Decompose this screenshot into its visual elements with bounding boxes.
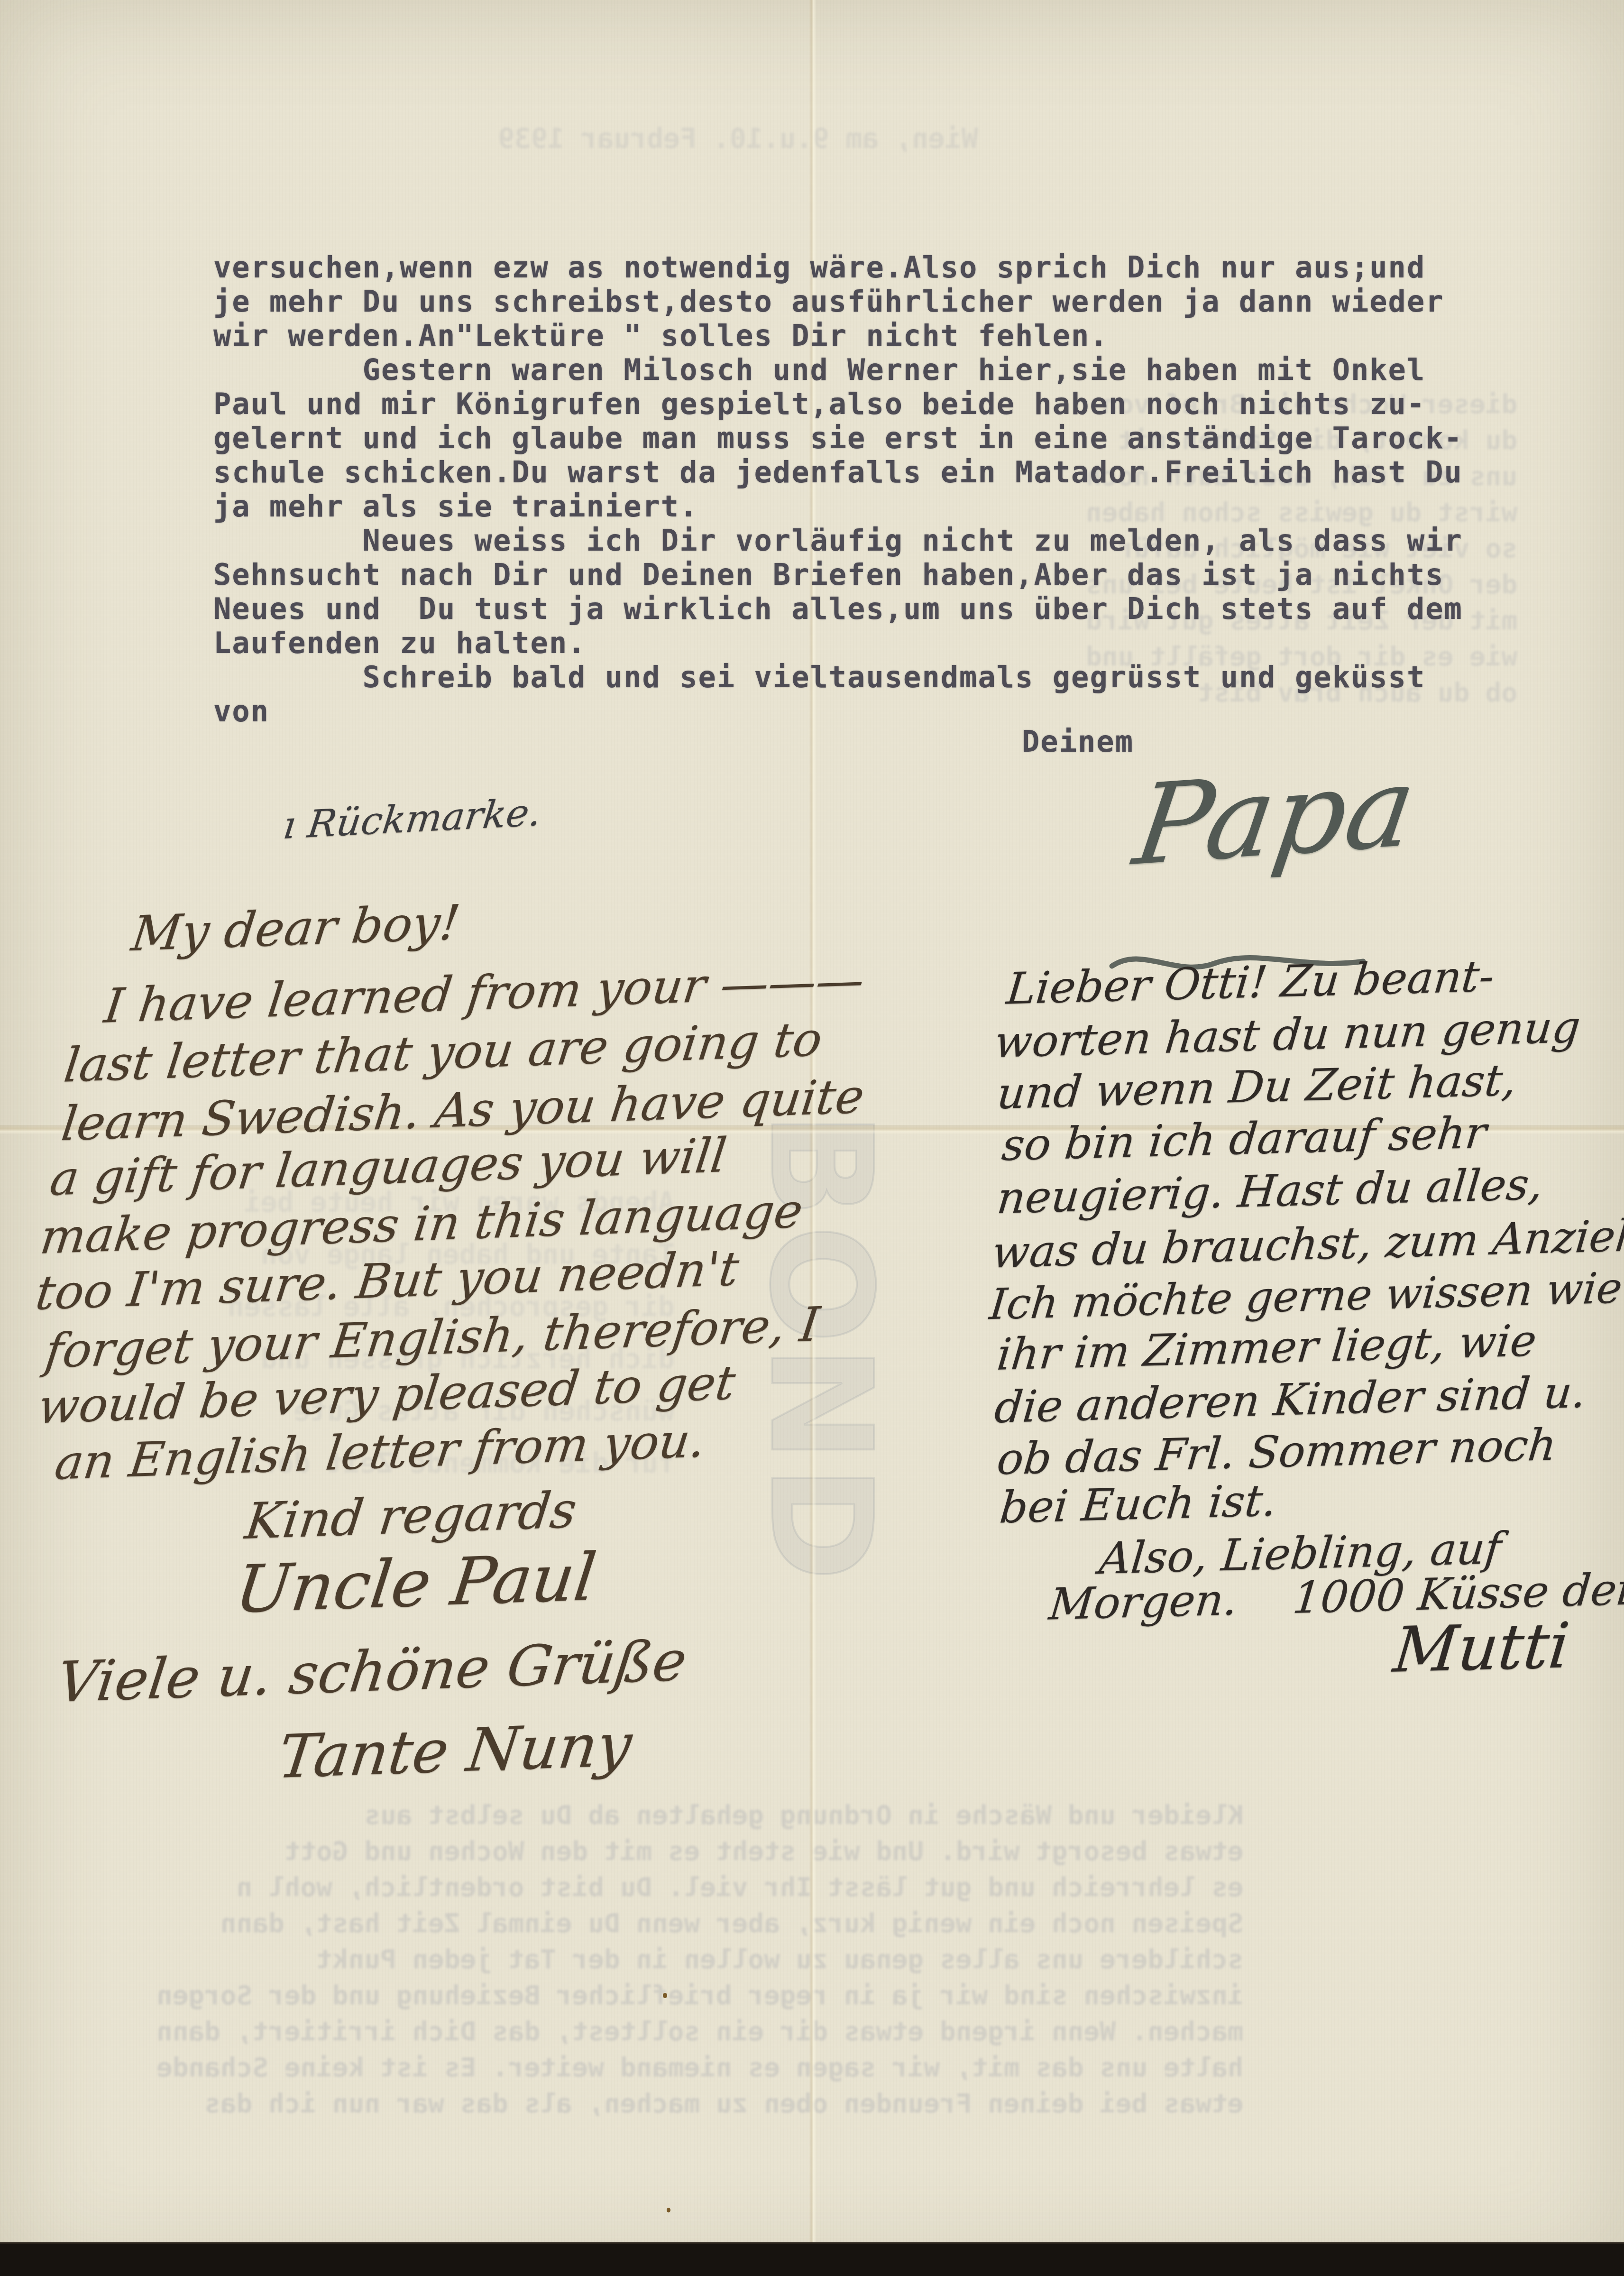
watermark-letter: N: [761, 1345, 880, 1463]
typed-closing-deinem: Deinem: [1022, 725, 1134, 759]
scanner-background-strip: [0, 2242, 1624, 2276]
handwritten-line: My dear boy!: [128, 894, 463, 962]
bleedthrough-date-line: Wien, am 9.u.10. Februar 1939: [498, 121, 978, 156]
papa-signature: Papa: [1127, 742, 1423, 891]
uncle-paul-signature: Uncle Paul: [231, 1539, 600, 1628]
tante-nuny-signature: Tante Nuny: [275, 1710, 635, 1792]
handwritten-line: bei Euch ist.: [998, 1475, 1279, 1533]
handwritten-line: Viele u. schöne Grüße: [54, 1628, 690, 1715]
handwritten-line: Kind regards: [242, 1481, 580, 1550]
paper-speck: [663, 1993, 667, 1998]
bleedthrough-bottom-block: Kleider und Wäsche in Ordnung gehalten a…: [156, 1797, 1244, 2122]
mutti-signature: Mutti: [1390, 1609, 1572, 1687]
paper-speck: [667, 2208, 670, 2212]
typed-letter-body: versuchen,wenn ezw as notwendig wäre.Als…: [213, 250, 1463, 728]
scanned-letter-page: Wien, am 9.u.10. Februar 1939 dieser Woc…: [0, 0, 1624, 2276]
ruckmarke-note: ı Rückmarke.: [281, 790, 544, 848]
handwritten-line: Lieber Otti! Zu beant-: [1004, 951, 1496, 1014]
watermark-letter: D: [761, 1465, 880, 1582]
